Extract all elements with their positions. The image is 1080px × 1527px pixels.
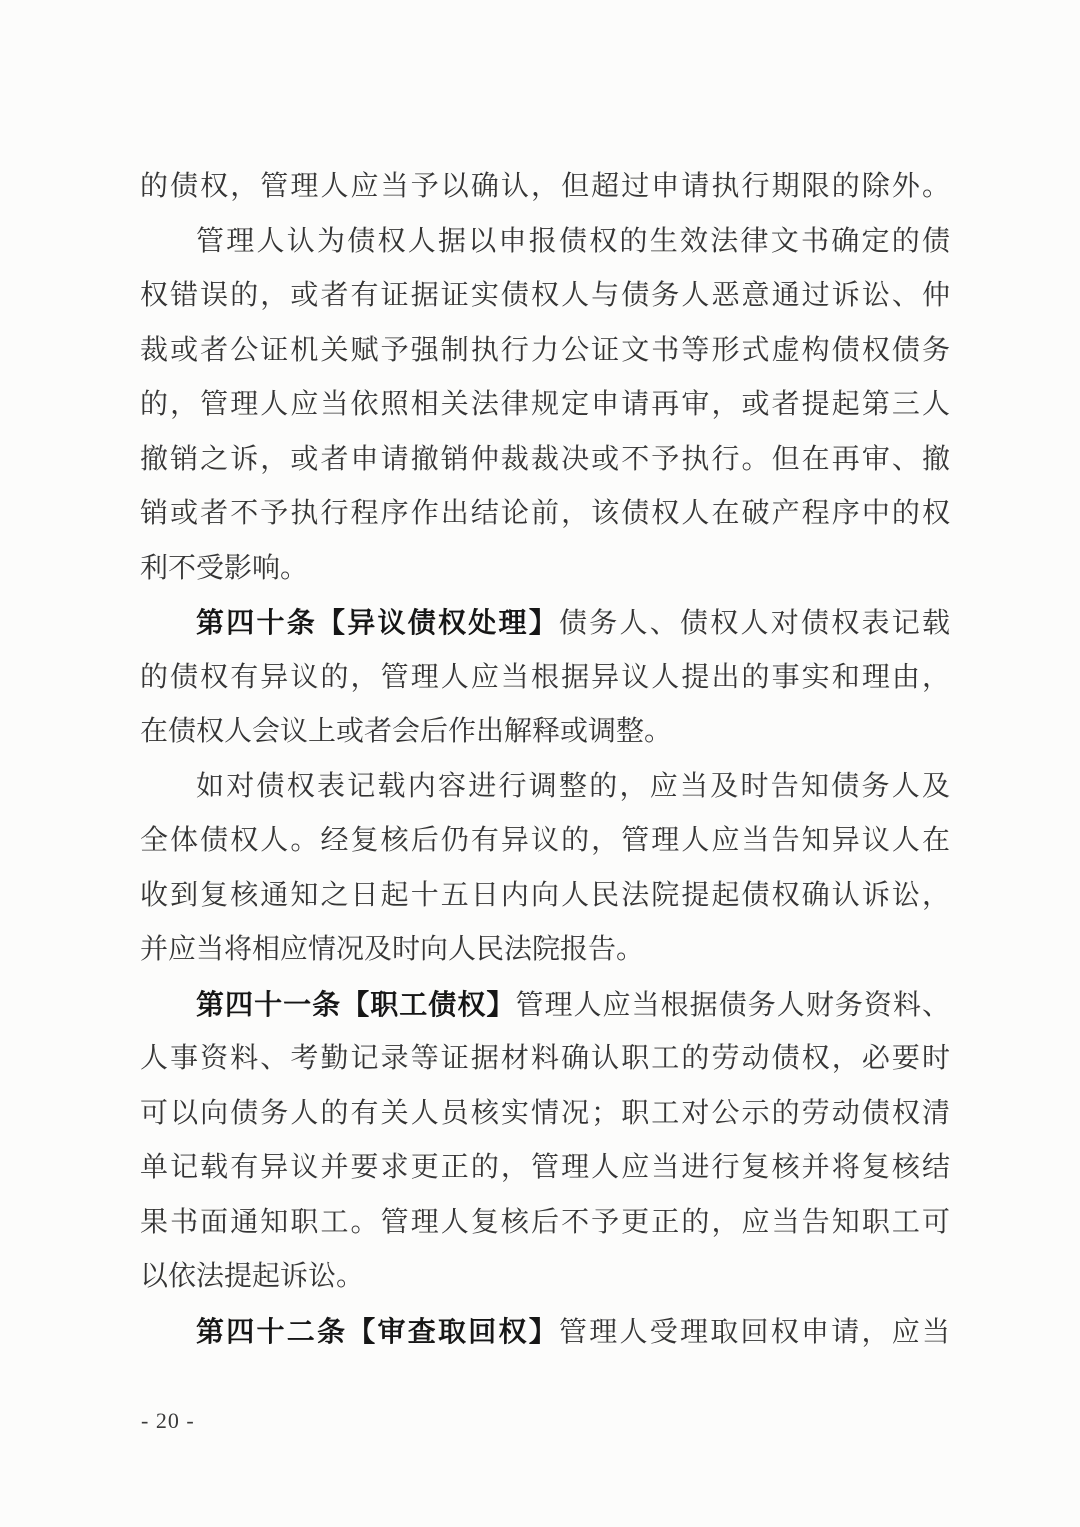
text-line: 可以向债务人的有关人员核实情况；职工对公示的劳动债权清 — [140, 1087, 950, 1142]
text-line: 在债权人会议上或者会后作出解释或调整。 — [140, 705, 950, 760]
article-heading-42: 第四十二条【审查取回权】 — [196, 1316, 559, 1347]
text-line: 全体债权人。经复核后仍有异议的，管理人应当告知异议人在 — [140, 814, 950, 869]
article-heading-41: 第四十一条【职工债权】 — [196, 989, 515, 1020]
text-line: 单记载有异议并要求更正的，管理人应当进行复核并将复核结 — [140, 1141, 950, 1196]
text-line: 的债权，管理人应当予以确认，但超过申请执行期限的除外。 — [140, 160, 950, 215]
text-line: 销或者不予执行程序作出结论前，该债权人在破产程序中的权 — [140, 487, 950, 542]
text-line: 权错误的，或者有证据证实债权人与债务人恶意通过诉讼、仲 — [140, 269, 950, 324]
text-line: 的，管理人应当依照相关法律规定申请再审，或者提起第三人 — [140, 378, 950, 433]
line-text: 管理人应当根据债务人财务资料、 — [515, 990, 950, 1021]
text-line: 果书面通知职工。管理人复核后不予更正的，应当告知职工可 — [140, 1196, 950, 1251]
line-text: 管理人受理取回权申请，应当 — [559, 1317, 950, 1348]
text-line: 人事资料、考勤记录等证据材料确认职工的劳动债权，必要时 — [140, 1032, 950, 1087]
text-line: 撤销之诉，或者申请撤销仲裁裁决或不予执行。但在再审、撤 — [140, 433, 950, 488]
line-text: 债务人、债权人对债权表记载 — [559, 608, 950, 639]
text-line: 第四十二条【审查取回权】管理人受理取回权申请，应当 — [140, 1305, 950, 1360]
text-line: 收到复核通知之日起十五日内向人民法院提起债权确认诉讼， — [140, 869, 950, 924]
document-page: 的债权，管理人应当予以确认，但超过申请执行期限的除外。 管理人认为债权人据以申报… — [0, 0, 1080, 1527]
document-text-block: 的债权，管理人应当予以确认，但超过申请执行期限的除外。 管理人认为债权人据以申报… — [140, 160, 950, 1359]
text-line: 第四十一条【职工债权】管理人应当根据债务人财务资料、 — [140, 978, 950, 1033]
text-line: 如对债权表记载内容进行调整的，应当及时告知债务人及 — [140, 760, 950, 815]
text-line: 管理人认为债权人据以申报债权的生效法律文书确定的债 — [140, 215, 950, 270]
article-heading-40: 第四十条【异议债权处理】 — [196, 607, 559, 638]
text-line: 的债权有异议的，管理人应当根据异议人提出的事实和理由， — [140, 651, 950, 706]
text-line: 以依法提起诉讼。 — [140, 1250, 950, 1305]
text-line: 利不受影响。 — [140, 542, 950, 597]
text-line: 第四十条【异议债权处理】债务人、债权人对债权表记载 — [140, 596, 950, 651]
text-line: 裁或者公证机关赋予强制执行力公证文书等形式虚构债权债务 — [140, 324, 950, 379]
page-number: - 20 - — [141, 1406, 195, 1436]
text-line: 并应当将相应情况及时向人民法院报告。 — [140, 923, 950, 978]
